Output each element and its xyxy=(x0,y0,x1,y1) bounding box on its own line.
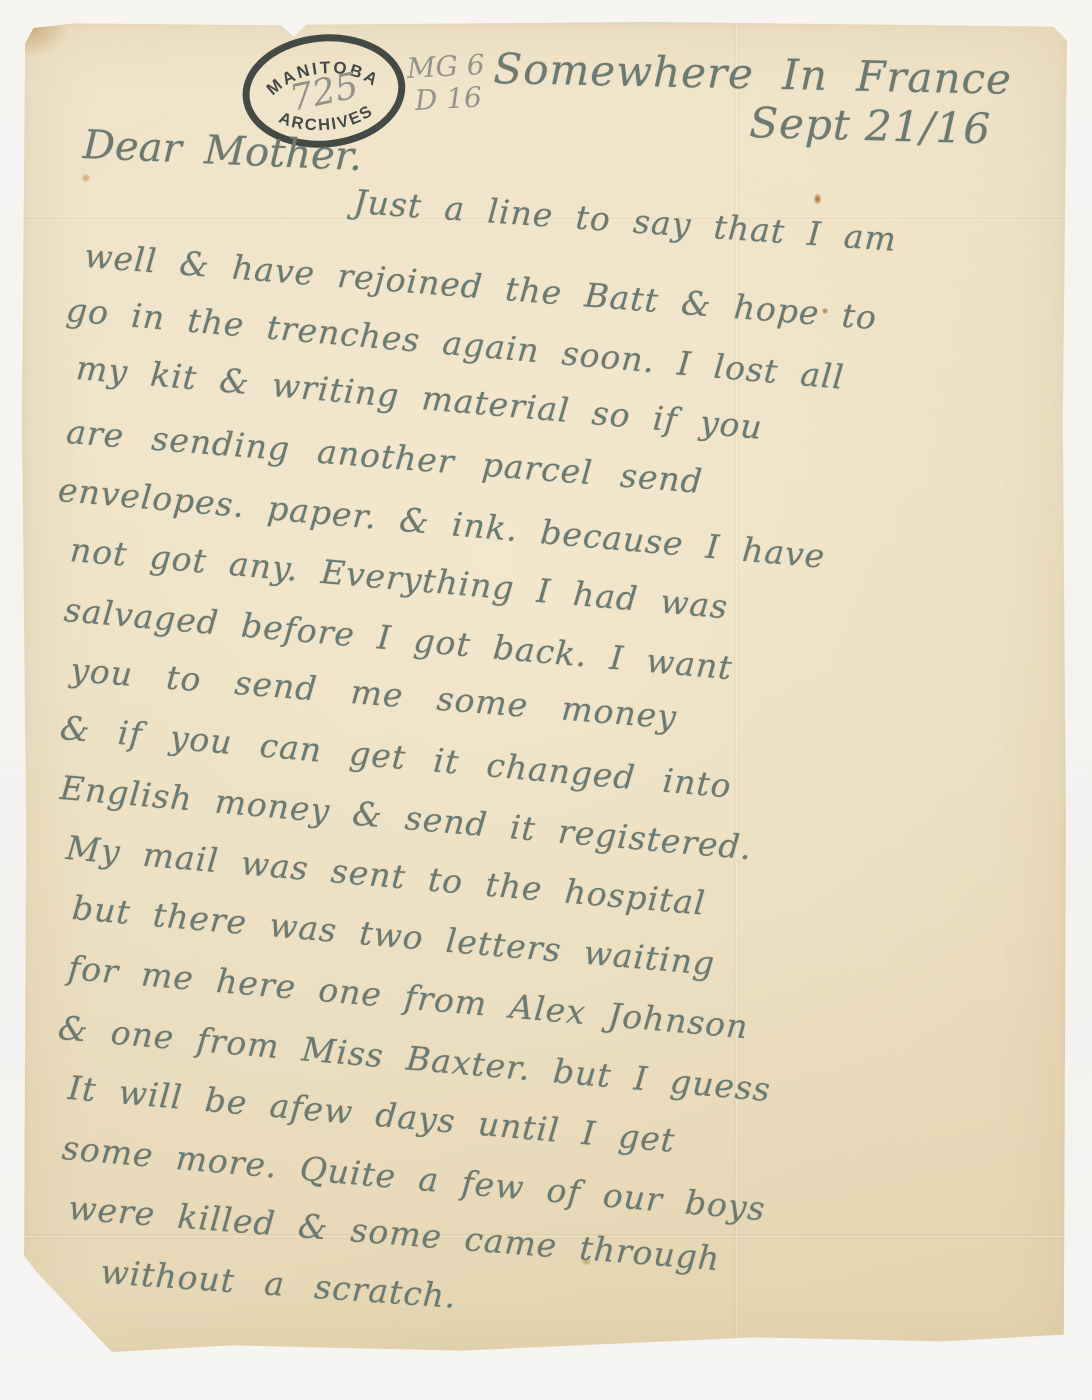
folded-corner-flap xyxy=(24,1256,110,1353)
pencil-catalogue-note-line1: MG 6 xyxy=(406,48,485,85)
scanned-letter-page: MANITOBA 725 ARCHIVES MG 6 D 16 Somewher… xyxy=(0,0,1092,1400)
foxing-spot xyxy=(82,174,90,182)
letter-paper: MANITOBA 725 ARCHIVES MG 6 D 16 Somewher… xyxy=(22,22,1068,1356)
pencil-catalogue-note-line2: D 16 xyxy=(414,80,483,116)
letter-place-heading: Somewhere In France xyxy=(493,44,1012,104)
worn-corner xyxy=(20,20,74,60)
letter-line: Just a line to say that I am xyxy=(352,182,898,259)
letter-line: without a scratch. xyxy=(99,1252,458,1316)
foxing-spot xyxy=(814,194,821,204)
letter-date: Sept 21/16 xyxy=(749,98,992,153)
